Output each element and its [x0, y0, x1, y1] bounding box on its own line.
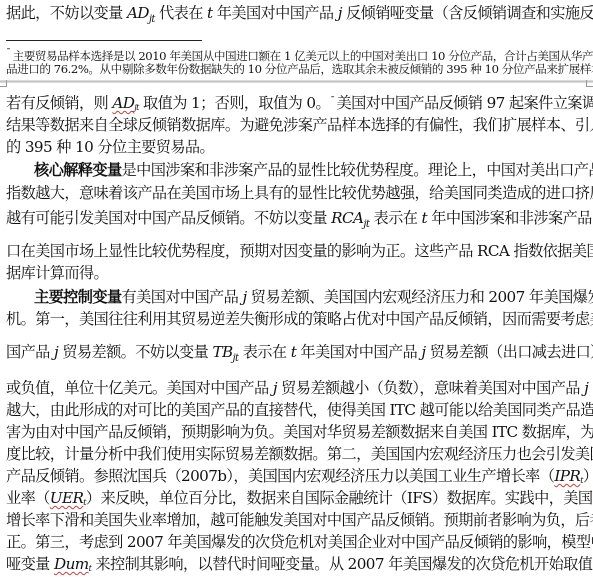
variable-dum: Dum [54, 555, 89, 573]
text: 贸易差额越小（负数），意味着美国对中国产品 [277, 379, 584, 397]
text: 越有可能引发美国对中国产品反倾销。不妨以变量 [6, 209, 331, 227]
footnote-line: 品进口的 76.2%。从中剔除多数年份数据缺失的 10 分位产品后，选取其余未被… [6, 62, 593, 77]
text-line: 越大，由此形成的对可比的美国产品的直接替代，使得美国 ITC 越可能以给美国同类… [6, 399, 593, 421]
text-line: 的 395 种 10 分位主要贸易品。 [6, 136, 214, 158]
text: 业率（ [6, 489, 50, 507]
text: ）和美国失 [583, 467, 593, 485]
text: 贸易逆差 [588, 379, 593, 397]
variable-ipr: IPR [554, 467, 580, 485]
variable-uer: UER [50, 489, 84, 507]
text-line: 害为由对中国产品反倾销，预期影响为负。美国对华贸易差额数据来自美国 ITC 数据… [6, 421, 593, 443]
text: 来控制其影响，以替代时间哑变量。从 2007 年美国爆发的次贷危机开始取值为 1… [91, 555, 593, 573]
text: 哑变量 [6, 555, 54, 573]
text-line: 主要控制变量有美国对中国产品 j 贸易差额、美国国内宏观经济压力和 2007 年… [34, 286, 593, 308]
text: 贸易差额。不妨以变量 [58, 343, 212, 361]
text: 年中国涉案和非涉案产品 [427, 209, 593, 227]
text-line: 据此，不妨以变量 ADjt 代表在 t 年美国对中国产品 j 反倾销哑变量（含反… [6, 2, 593, 31]
text: 反倾销哑变量（含反倾销调查和实施反倾销措施）。 [342, 4, 593, 22]
text: 取值为 1；否则，取值为 0。 [139, 94, 330, 112]
text-line: 国产品 j 贸易差额。不妨以变量 TBjt 表示在 t 年美国对中国产品 j 贸… [6, 341, 593, 370]
variable-ad: AD [112, 94, 134, 112]
variable-tb: TB [212, 343, 232, 361]
text-line: 度比较，计量分析中我们使用实际贸易差额数据。第二，美国国内宏观经济压力也会引发美… [6, 443, 593, 465]
page-break [0, 80, 593, 83]
text: 代表在 [155, 4, 207, 22]
variable-ad: AD [127, 4, 149, 22]
text: 有美国对中国产品 [122, 288, 243, 306]
text: 表示在 [238, 343, 290, 361]
section-label-control-variable: 主要控制变量 [34, 288, 122, 306]
text: 贸易差额（出口减去进口），可为正 [425, 343, 593, 361]
footnote-separator [6, 40, 202, 41]
section-label-core-variable: 核心解释变量 [34, 161, 122, 179]
text-line: 越有可能引发美国对中国产品反倾销。不妨以变量 RCAjt 表示在 t 年中国涉案… [6, 207, 593, 236]
text-line: 哑变量 Dumt 来控制其影响，以替代时间哑变量。从 2007 年美国爆发的次贷… [6, 553, 593, 577]
text: 是中国涉案和非涉案产品的显性比较优势程度。理论上，中国对美出口产品 RCA [122, 161, 593, 179]
text: 主要贸易品样本选择是以 2010 年美国从中国进口额在 1 亿美元以上的中国对美… [13, 49, 593, 63]
text-line: 据库计算而得。 [6, 262, 108, 284]
text: 年美国对中国产品 [213, 4, 338, 22]
text: 若有反倾销，则 [6, 94, 112, 112]
text: 或负值，单位十亿美元。美国对中国产品 [6, 379, 273, 397]
text-line: 口在美国市场上显性比较优势程度，预期对因变量的影响为正。这些产品 RCA 指数依… [6, 240, 593, 262]
text: 品进口的 76.2%。从中剔除多数年份数据缺失的 10 分位产品后，选取其余未被… [6, 62, 593, 76]
page-corner-mark [586, 80, 593, 87]
text-line: 或负值，单位十亿美元。美国对中国产品 j 贸易差额越小（负数），意味着美国对中国… [6, 377, 593, 399]
text: ）来反映，单位百分比，数据来自国际金融统计（IFS）数据库。实践中，美国工业生产 [86, 489, 593, 507]
text-line: 指数越大，意味着该产品在美国市场上具有的显性比较优势越强，给美国同类造成的进口挤… [6, 182, 593, 204]
text-line: 核心解释变量是中国涉案和非涉案产品的显性比较优势程度。理论上，中国对美出口产品 … [34, 159, 593, 181]
text: 产品反倾销。参照沈国兵（2007b），美国国内宏观经济压力以美国工业生产增长率（ [6, 467, 554, 485]
text-line: 增长率下滑和美国失业率增加，越可能触发美国对中国产品反倾销。预期前者影响为负，后… [6, 509, 593, 531]
text-line: 结果等数据来自全球反倾销数据库。为避免涉案产品样本选择的有偏性，我们扩展样本、引… [6, 114, 593, 136]
text-line: 机。第一，美国往往利用其贸易逆差失衡形成的策略占优对中国产品反倾销，因而需要考虑… [6, 308, 593, 330]
text: 贸易差额、美国国内宏观经济压力和 2007 年美国爆发的次贷危 [247, 288, 593, 306]
footnote-mark: ¯ [330, 91, 334, 113]
footnote-mark: ¯ [6, 46, 11, 61]
text-line: 正。第三，考虑到 2007 年美国爆发的次贷危机对美国企业对中国产品反倾销的影响… [6, 531, 593, 553]
text: 据此，不妨以变量 [6, 4, 127, 22]
text: 年美国对中国产品 [296, 343, 421, 361]
text: 美国对中国产品反倾销 97 起案件立案调查与裁决 [336, 94, 593, 112]
variable-rca: RCA [331, 209, 363, 227]
text: 国产品 [6, 343, 54, 361]
text: 表示在 [369, 209, 421, 227]
page-corner-mark [0, 80, 7, 87]
